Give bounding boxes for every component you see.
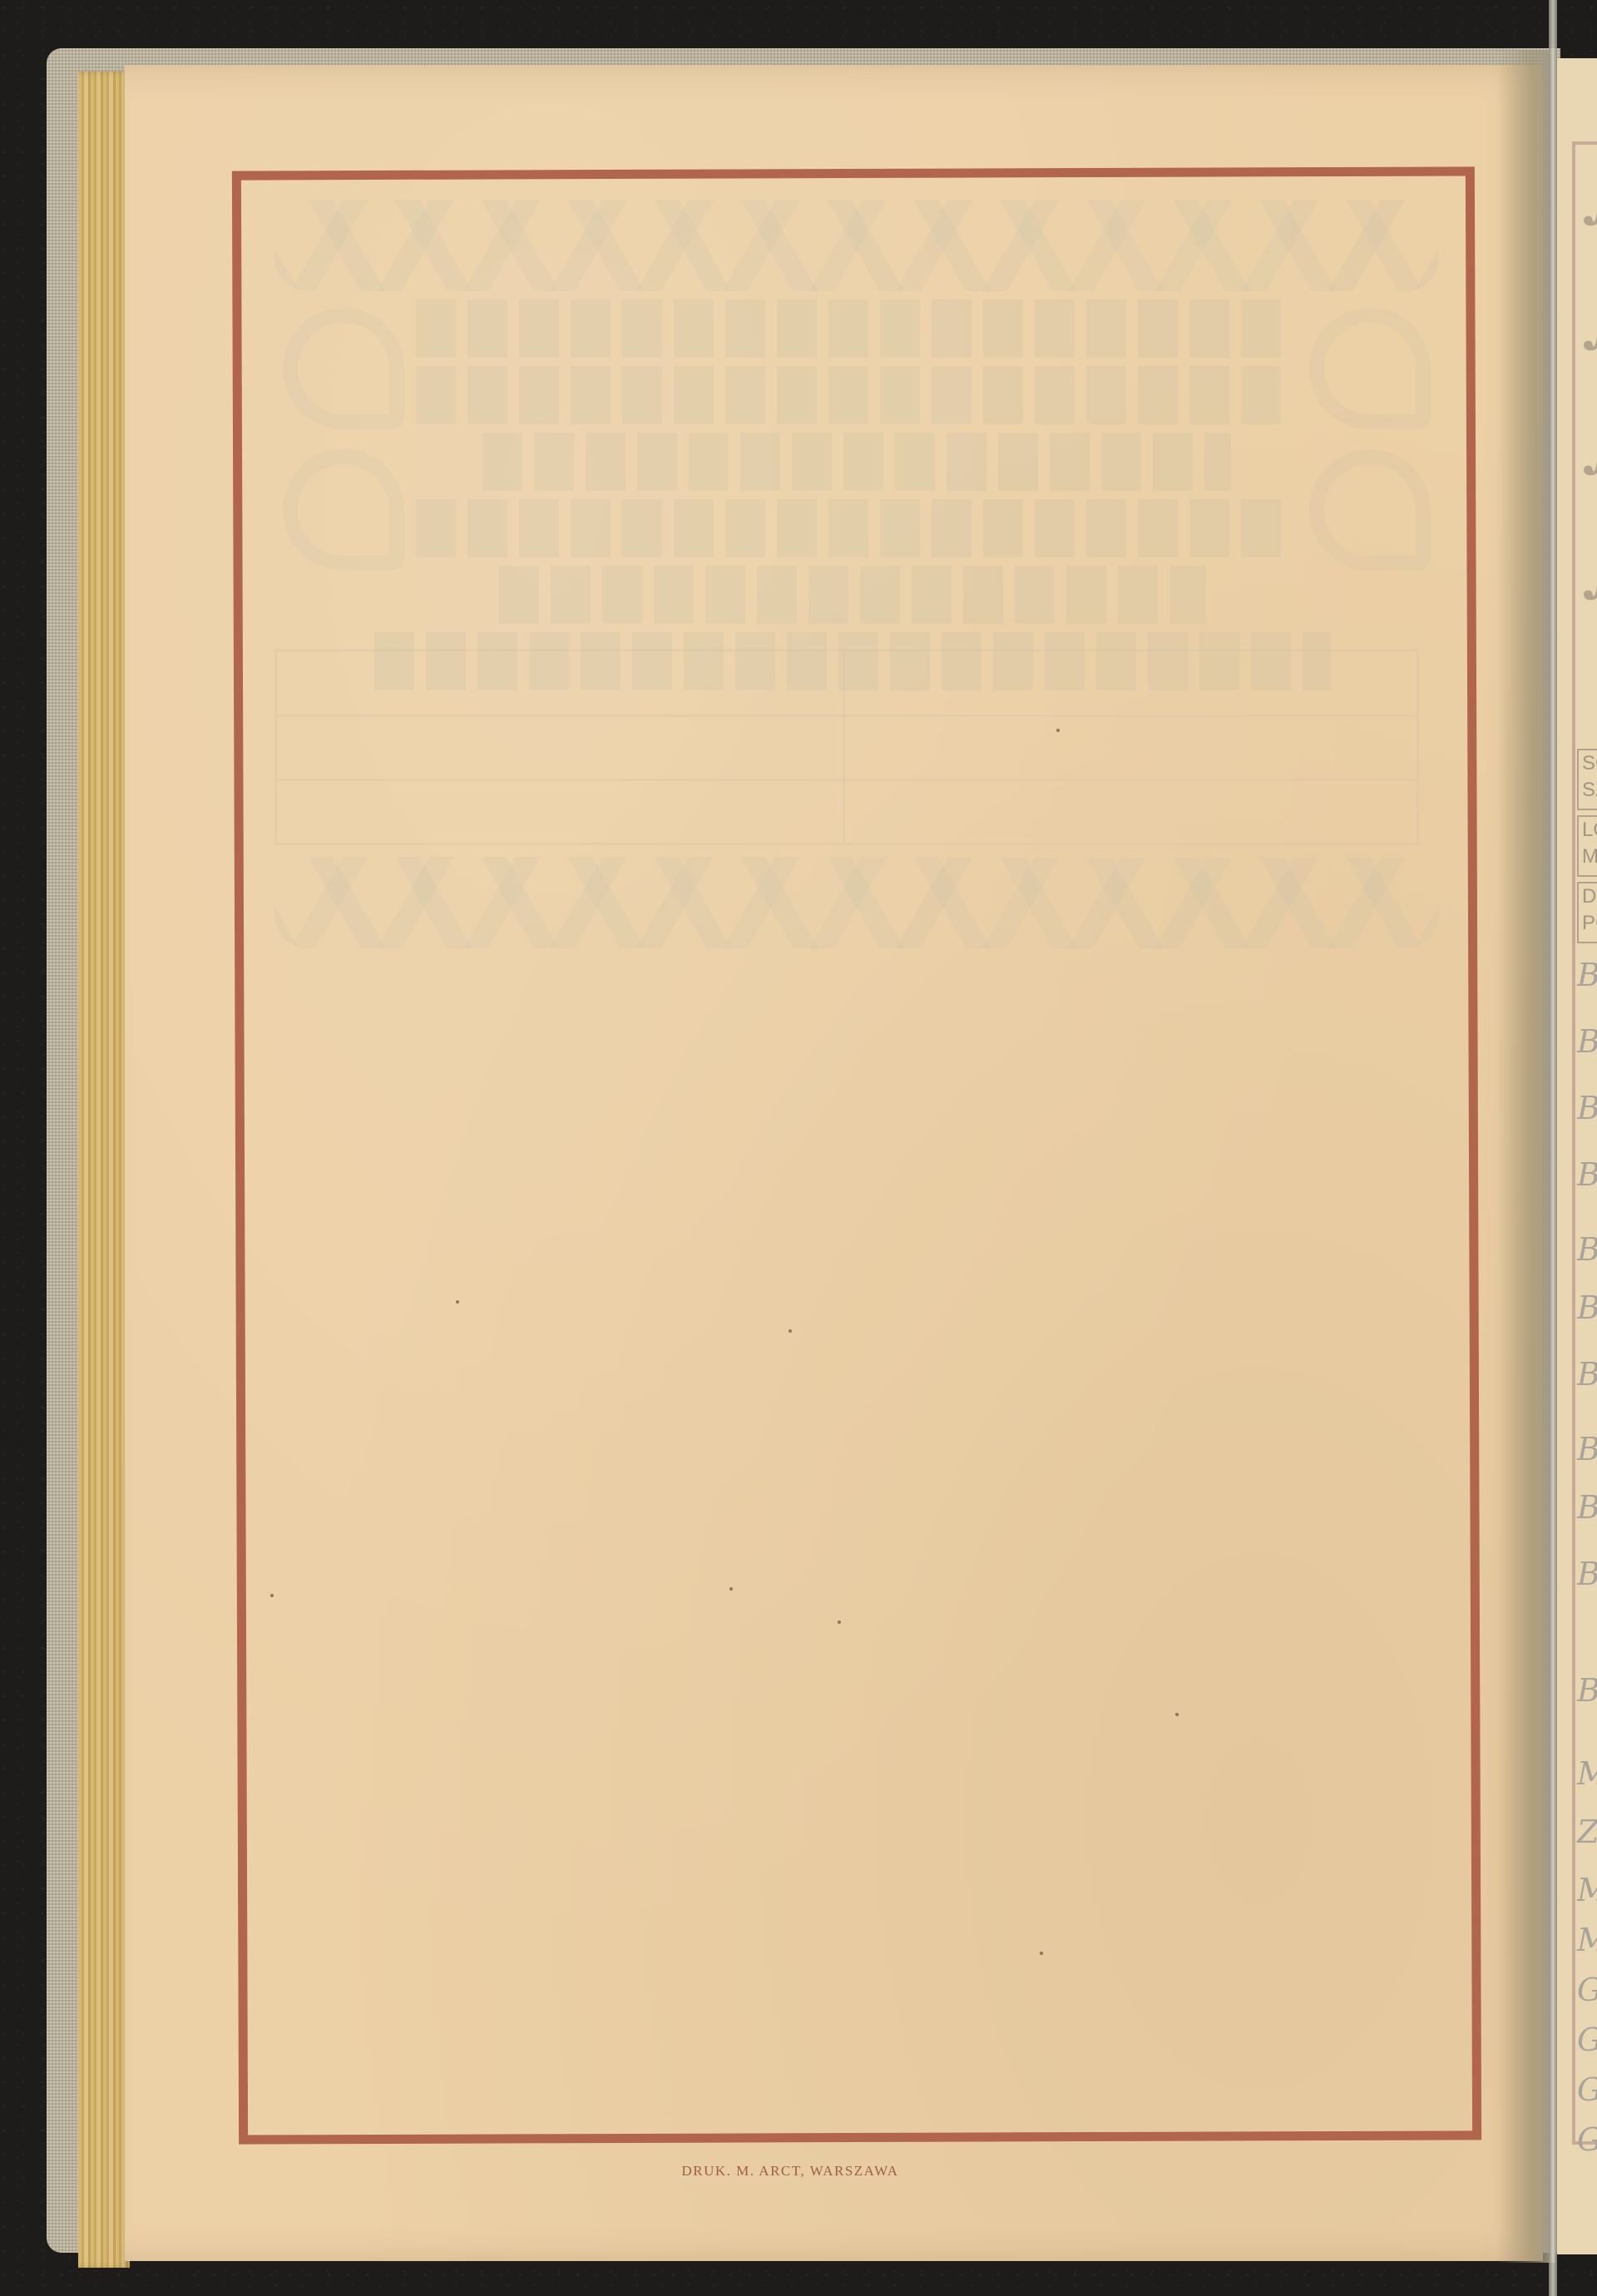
book-spine-crease [1549, 0, 1557, 2296]
gutter-shadow [1497, 50, 1555, 2263]
imprint-text: DRUK. M. ARCT, WARSZAWA [681, 2163, 898, 2180]
facing-page-script: Ba [1577, 1356, 1597, 1393]
facing-page-script: Grze [1577, 2121, 1597, 2158]
facing-page-script: Ba [1577, 1090, 1597, 1126]
page-border-frame [232, 166, 1481, 2144]
printer-imprint: DRUK. M. ARCT, WARSZAWA [0, 2163, 1597, 2180]
facing-page-script: Ba [1577, 1231, 1597, 1268]
gilt-page-edges [78, 72, 130, 2268]
facing-page-box: LO MI [1577, 815, 1597, 877]
facing-page-script: Zu [1577, 1814, 1597, 1850]
facing-page-script: Ba [1577, 1156, 1597, 1193]
facing-page-script: Ma [1577, 1872, 1597, 1908]
facing-page: ∫ ∫ ∫ ∫ SC SZ LO MI DI PC Ba Ba Ba Ba Ba… [1557, 58, 1597, 2254]
facing-page-script: Grze [1577, 1972, 1597, 2008]
facing-page-box: DI PC [1577, 882, 1597, 943]
facing-page-script: Ba [1577, 1289, 1597, 1326]
facing-page-ornament: ∫ [1582, 150, 1597, 225]
facing-page-script: Grze [1577, 2021, 1597, 2058]
facing-page-script: Ba [1577, 1431, 1597, 1467]
facing-page-script: Ma [1577, 1922, 1597, 1958]
facing-page-script: Ba [1577, 1556, 1597, 1592]
facing-page-script: Bo [1577, 1672, 1597, 1709]
facing-page-ornament: ∫ [1582, 275, 1597, 349]
facing-page-script: Ba [1577, 957, 1597, 993]
facing-page-script: Ba [1577, 1023, 1597, 1060]
facing-page-ornament: ∫ [1582, 524, 1597, 599]
facing-page-ornament: ∫ [1582, 399, 1597, 474]
facing-page-script: Ma [1577, 1755, 1597, 1792]
facing-page-box: SC SZ [1577, 749, 1597, 810]
facing-page-script: Grze [1577, 2071, 1597, 2108]
facing-page-script: Ba [1577, 1489, 1597, 1526]
